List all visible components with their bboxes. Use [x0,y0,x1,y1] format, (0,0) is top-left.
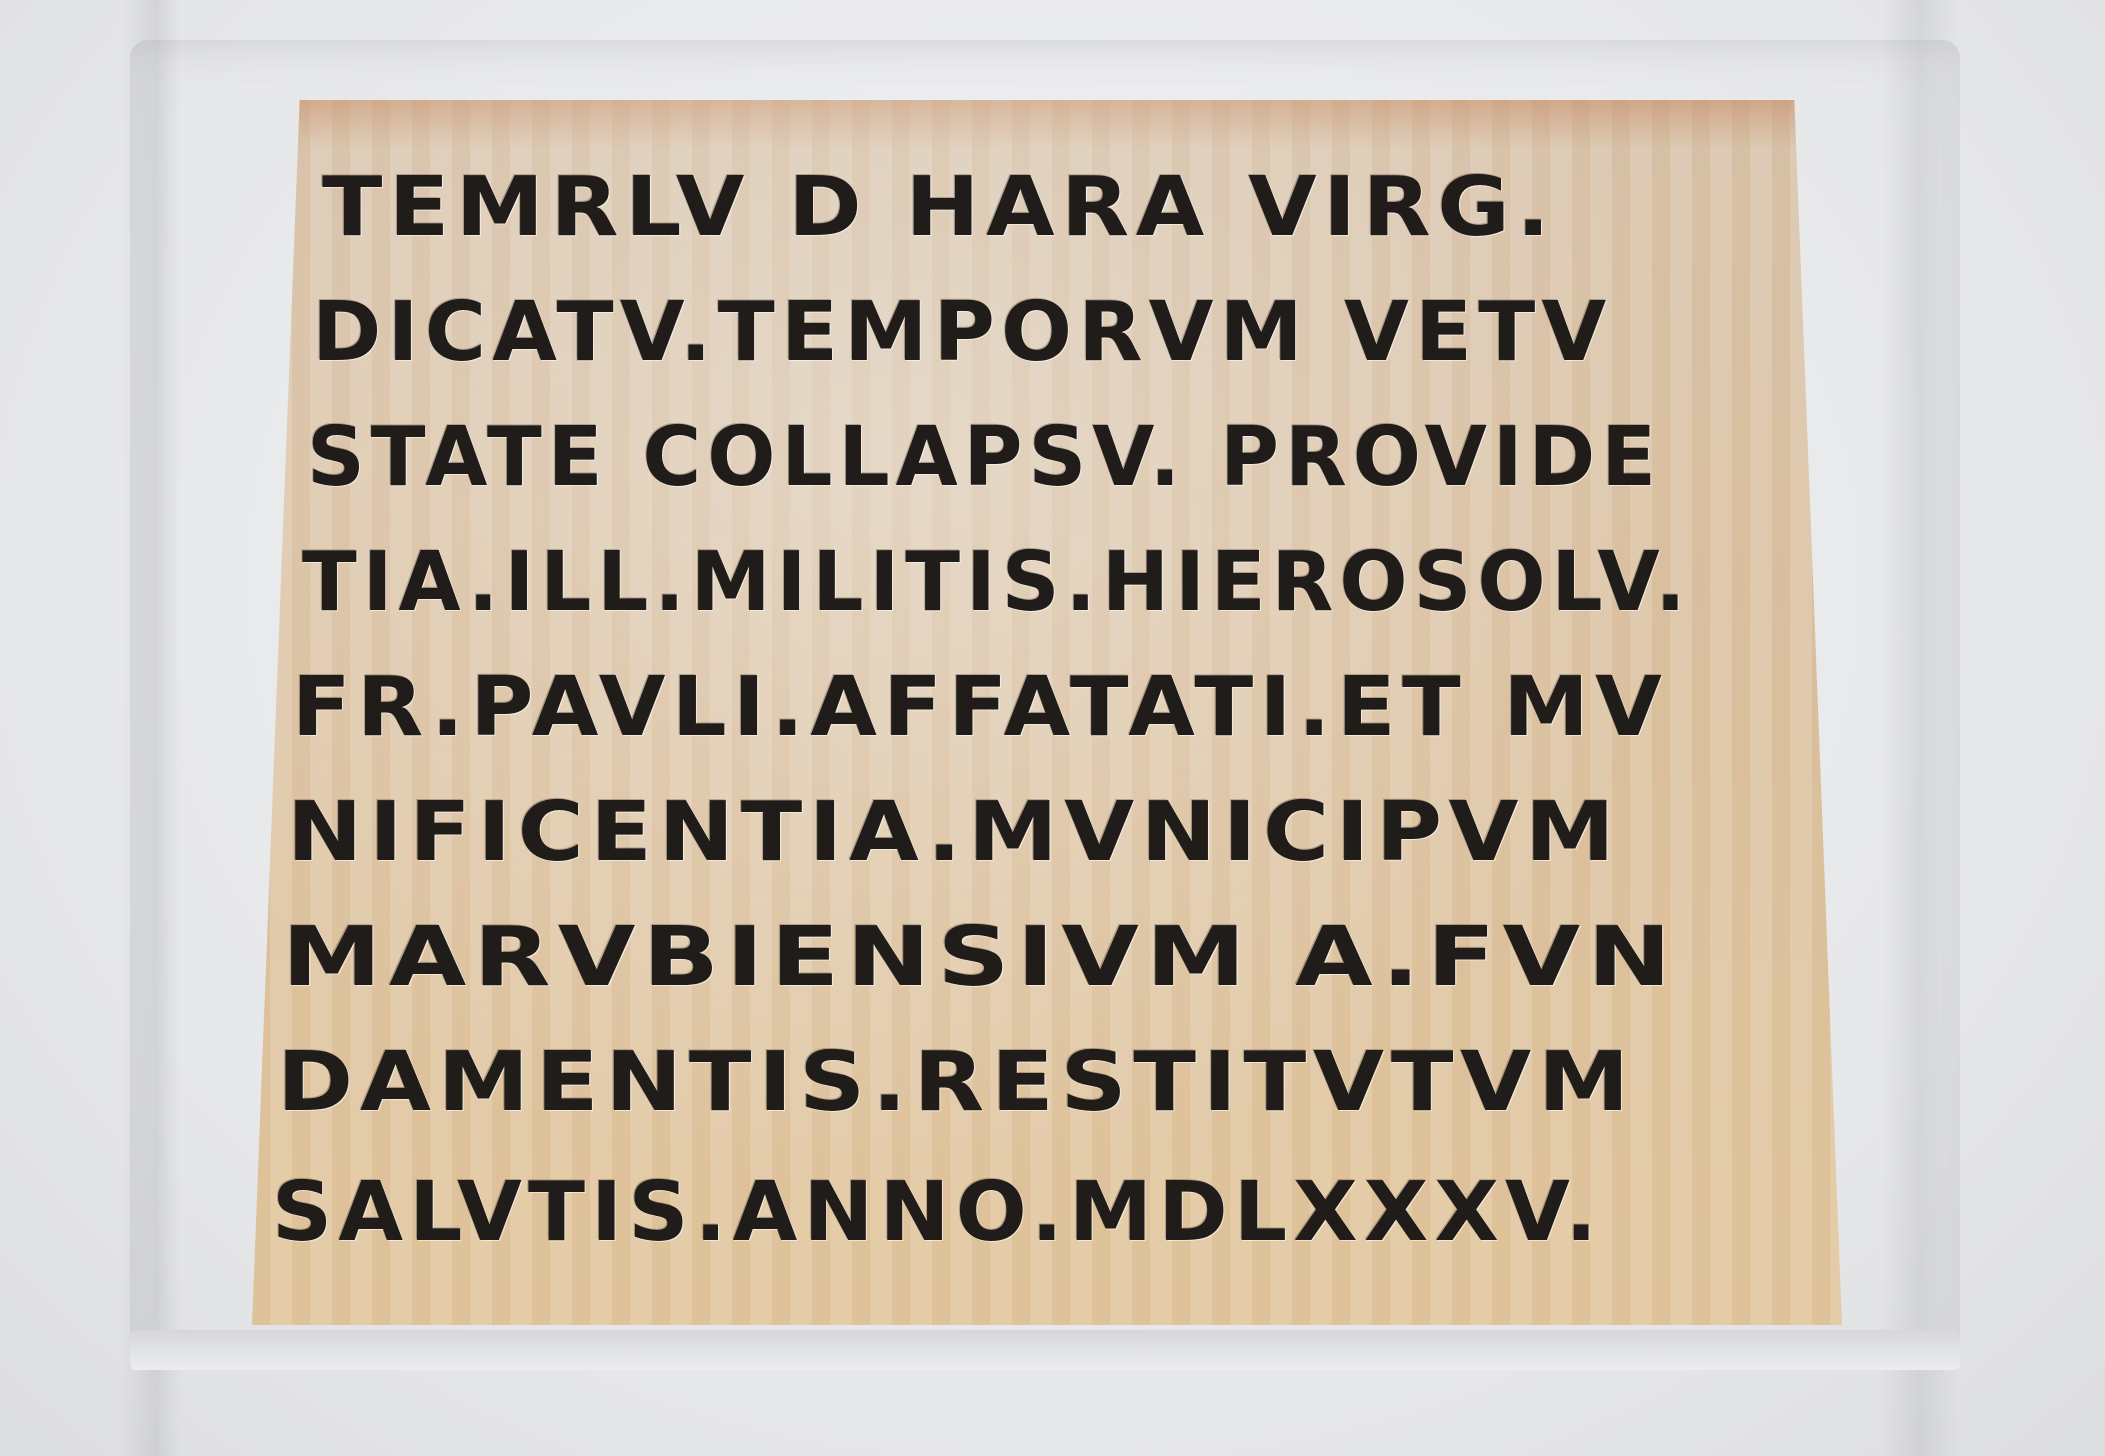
inscription-line-9: SALVTIS.ANNO.MDLXXXV. [272,1165,1894,1260]
stone-plaque: TEMRLV D HARA VIRG. DICATV.TEMPORVM VETV… [252,100,1842,1325]
niche-ledge [130,1330,1960,1370]
inscription-line-4: TIA.ILL.MILITIS.HIEROSOLV. [302,535,1860,630]
inscription-line-2: DICATV.TEMPORVM VETV [312,285,1934,380]
inscription-line-6: NIFICENTIA.MVNICIPVM [287,785,2036,880]
inscription-line-3: STATE COLLAPSV. PROVIDE [307,410,1865,505]
niche-shadow-right [1880,0,1960,1456]
inscription-line-5: FR.PAVLI.AFFATATI.ET MV [292,660,1961,755]
inscription: TEMRLV D HARA VIRG. DICATV.TEMPORVM VETV… [252,100,1842,1325]
inscription-line-1: TEMRLV D HARA VIRG. [322,160,2039,255]
inscription-line-8: DAMENTIS.RESTITVTVM [277,1035,2058,1130]
niche-shadow-left [120,0,180,1456]
